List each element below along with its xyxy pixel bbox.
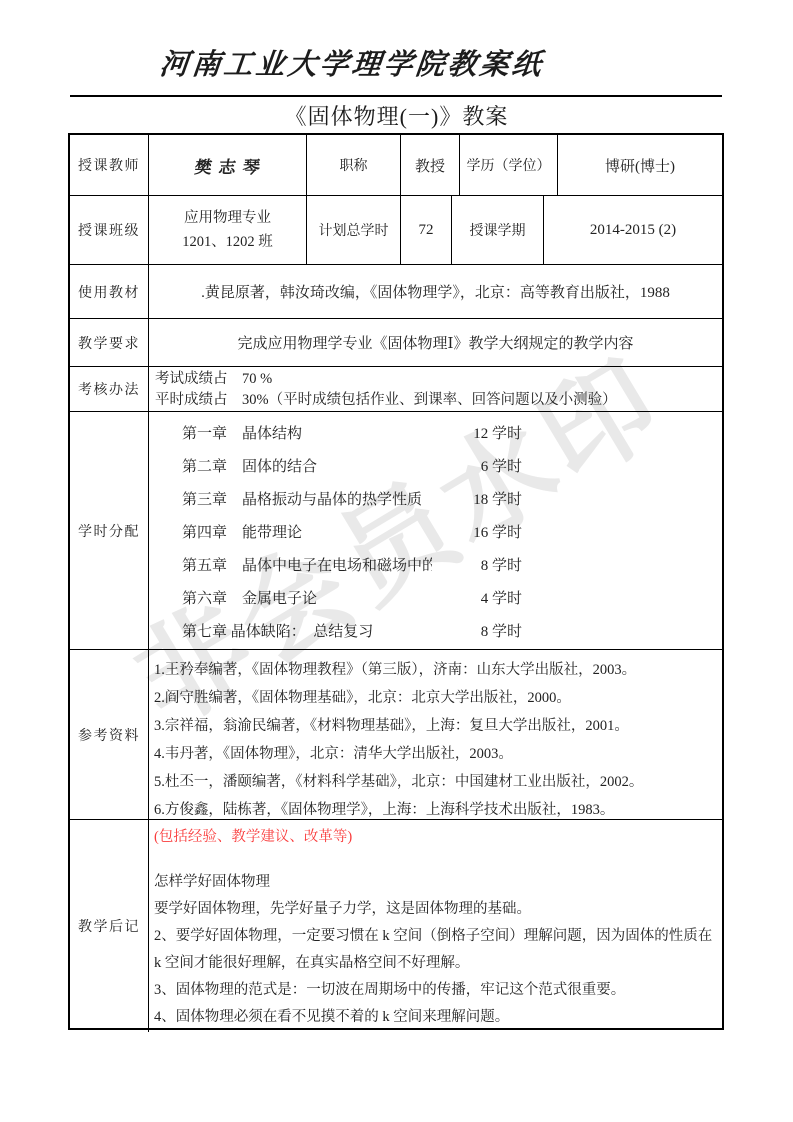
reference-item: 1.王矜奉编著，《固体物理教程》（第三版），济南：山东大学出版社，2003。 xyxy=(154,656,636,684)
document-title: 《固体物理(一)》教案 xyxy=(0,100,793,131)
rank-label: 职称 xyxy=(307,135,401,195)
notes-red-line: (包括经验、教学建议、改革等) xyxy=(154,824,352,851)
notes-line: 4、固体物理必须在看不见摸不着的 k 空间来理解问题。 xyxy=(154,1004,509,1031)
schedule-item: 第六章 金属电子论 4 学时 xyxy=(149,583,722,616)
reference-item: 4.韦丹著，《固体物理》，北京：清华大学出版社，2003。 xyxy=(154,740,513,768)
chapter-hours: 12 学时 xyxy=(432,418,522,451)
schedule-label: 学时分配 xyxy=(70,412,149,649)
header-rule xyxy=(70,95,722,97)
class-label: 授课班级 xyxy=(70,196,149,264)
notes-content: (包括经验、教学建议、改革等) 怎样学好固体物理 要学好固体物理，先学好量子力学… xyxy=(149,820,722,1032)
schedule-item: 第三章 晶格振动与晶体的热学性质 18 学时 xyxy=(149,484,722,517)
assessment-line-2: 平时成绩占 30%（平时成绩包括作业、到课率、回答问题以及小测验） xyxy=(155,390,617,411)
row-schedule: 学时分配 第一章 晶体结构 12 学时 第二章 固体的结合 6 学时 第三章 晶… xyxy=(70,412,722,650)
total-hours-value: 72 xyxy=(401,196,452,264)
letterhead-text: 河南工业大学理学院教案纸 xyxy=(158,42,546,83)
notes-line: 要学好固体物理，先学好量子力学，这是固体物理的基础。 xyxy=(154,896,531,923)
notes-line: 怎样学好固体物理 xyxy=(154,869,270,896)
schedule-list: 第一章 晶体结构 12 学时 第二章 固体的结合 6 学时 第三章 晶格振动与晶… xyxy=(149,412,722,649)
chapter-hours: 18 学时 xyxy=(432,484,522,517)
chapter-hours: 8 学时 xyxy=(432,550,522,583)
row-references: 参考资料 1.王矜奉编著，《固体物理教程》（第三版），济南：山东大学出版社，20… xyxy=(70,650,722,820)
references-label: 参考资料 xyxy=(70,650,149,819)
chapter-title: 第五章 晶体中电子在电场和磁场中的运动 xyxy=(149,550,432,583)
letterhead: 河南工业大学理学院教案纸 xyxy=(0,42,793,83)
row-assessment: 考核办法 考试成绩占 70 % 平时成绩占 30%（平时成绩包括作业、到课率、回… xyxy=(70,367,722,412)
reference-item: 5.杜丕一，潘颐编著，《材料科学基础》，北京：中国建材工业出版社，2002。 xyxy=(154,768,643,796)
row-class: 授课班级 应用物理专业 1201、1202 班 计划总学时 72 授课学期 20… xyxy=(70,196,722,265)
rank-value: 教授 xyxy=(401,135,460,195)
degree-label: 学历（学位） xyxy=(460,135,558,195)
row-requirements: 教学要求 完成应用物理学专业《固体物理Ⅰ》教学大纲规定的教学内容 xyxy=(70,319,722,367)
textbook-value: .黄昆原著，韩汝琦改编，《固体物理学》，北京：高等教育出版社，1988 xyxy=(149,265,722,318)
chapter-hours: 16 学时 xyxy=(432,517,522,550)
reference-item: 3.宗祥福，翁渝民编著，《材料物理基础》，上海：复旦大学出版社，2001。 xyxy=(154,712,629,740)
notes-line: 3、固体物理的范式是：一切波在周期场中的传播，牢记这个范式很重要。 xyxy=(154,977,625,1004)
reference-item: 6.方俊鑫，陆栋著，《固体物理学》，上海：上海科学技术出版社，1983。 xyxy=(154,796,614,819)
total-hours-label: 计划总学时 xyxy=(307,196,401,264)
teacher-name: 樊志琴 xyxy=(186,153,269,178)
degree-value: 博研(博士) xyxy=(558,135,722,195)
schedule-item: 第一章 晶体结构 12 学时 xyxy=(149,418,722,451)
textbook-label: 使用教材 xyxy=(70,265,149,318)
chapter-title: 第六章 金属电子论 xyxy=(149,583,432,616)
chapter-title: 第七章 晶体缺陷： 总结复习 xyxy=(149,616,432,649)
notes-line: 2、要学好固体物理，一定要习惯在 k 空间（倒格子空间）理解问题，因为固体的性质… xyxy=(154,923,714,977)
chapter-hours: 4 学时 xyxy=(432,583,522,616)
page: 非会员水印 河南工业大学理学院教案纸 《固体物理(一)》教案 授课教师 樊志琴 … xyxy=(0,0,793,1122)
teaching-plan-table: 授课教师 樊志琴 职称 教授 学历（学位） 博研(博士) 授课班级 应用物理专业… xyxy=(68,133,724,1030)
notes-label: 教学后记 xyxy=(70,820,149,1032)
requirements-label: 教学要求 xyxy=(70,319,149,366)
schedule-item: 第二章 固体的结合 6 学时 xyxy=(149,451,722,484)
chapter-hours: 6 学时 xyxy=(432,451,522,484)
class-value-cell: 应用物理专业 1201、1202 班 xyxy=(149,196,307,264)
chapter-title: 第三章 晶格振动与晶体的热学性质 xyxy=(149,484,432,517)
assessment-line-1: 考试成绩占 70 % xyxy=(155,369,272,390)
row-notes: 教学后记 (包括经验、教学建议、改革等) 怎样学好固体物理 要学好固体物理，先学… xyxy=(70,820,722,1032)
reference-item: 2.阎守胜编著，《固体物理基础》，北京：北京大学出版社，2000。 xyxy=(154,684,571,712)
class-line-1: 应用物理专业 xyxy=(184,206,271,230)
row-textbook: 使用教材 .黄昆原著，韩汝琦改编，《固体物理学》，北京：高等教育出版社，1988 xyxy=(70,265,722,319)
chapter-hours: 8 学时 xyxy=(432,616,522,649)
semester-value: 2014-2015 (2) xyxy=(544,196,722,264)
requirements-value: 完成应用物理学专业《固体物理Ⅰ》教学大纲规定的教学内容 xyxy=(149,319,722,366)
assessment-label: 考核办法 xyxy=(70,367,149,411)
class-line-2: 1201、1202 班 xyxy=(182,230,273,254)
schedule-item: 第五章 晶体中电子在电场和磁场中的运动 8 学时 xyxy=(149,550,722,583)
semester-label: 授课学期 xyxy=(452,196,544,264)
schedule-item: 第四章 能带理论 16 学时 xyxy=(149,517,722,550)
schedule-item: 第七章 晶体缺陷： 总结复习 8 学时 xyxy=(149,616,722,649)
chapter-title: 第一章 晶体结构 xyxy=(149,418,432,451)
chapter-title: 第四章 能带理论 xyxy=(149,517,432,550)
assessment-value-cell: 考试成绩占 70 % 平时成绩占 30%（平时成绩包括作业、到课率、回答问题以及… xyxy=(149,367,722,411)
chapter-title: 第二章 固体的结合 xyxy=(149,451,432,484)
row-teacher: 授课教师 樊志琴 职称 教授 学历（学位） 博研(博士) xyxy=(70,135,722,196)
references-list: 1.王矜奉编著，《固体物理教程》（第三版），济南：山东大学出版社，2003。 2… xyxy=(149,650,722,819)
teacher-name-cell: 樊志琴 xyxy=(149,135,307,195)
teacher-label: 授课教师 xyxy=(70,135,149,195)
